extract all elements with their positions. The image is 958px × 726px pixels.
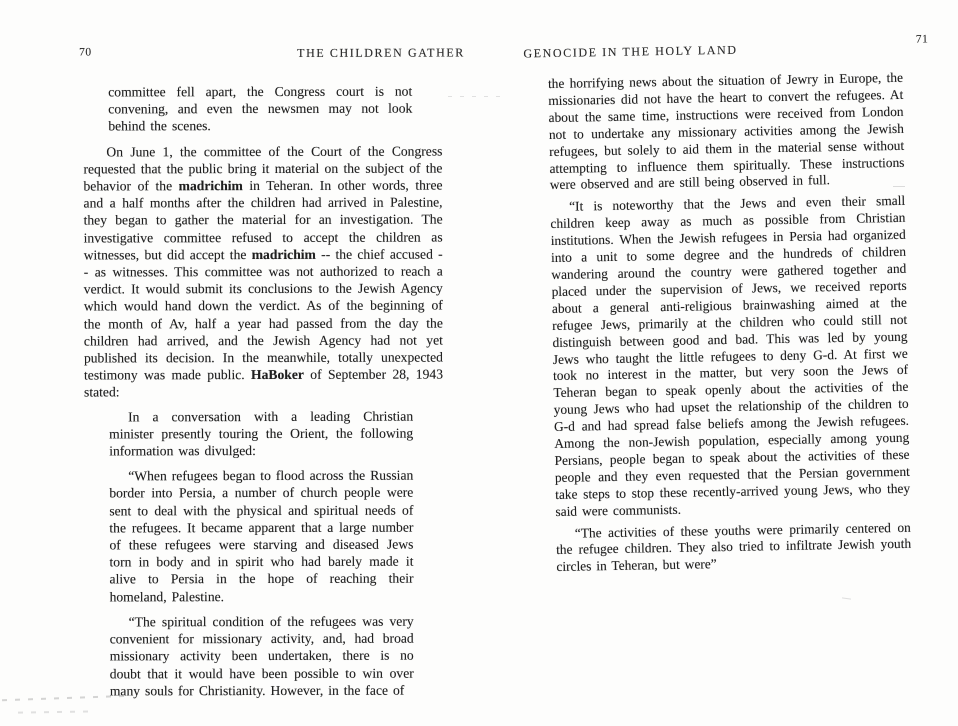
text-block: “The activities of these youths were pri… xyxy=(556,519,912,576)
text-block: “When refugees began to flood across the… xyxy=(109,467,413,605)
right-page: GENOCIDE IN THE HOLY LAND 71 the horrify… xyxy=(547,38,911,581)
text-run: the horrifying news about the situation … xyxy=(548,70,905,193)
left-page: 70 THE CHILDREN GATHER committee fell ap… xyxy=(83,46,444,708)
scan-smudge xyxy=(18,710,96,713)
text-block: the horrifying news about the situation … xyxy=(548,70,905,195)
text-run: -- the chief accused -- as witnesses. Th… xyxy=(84,246,443,382)
right-page-number: 71 xyxy=(916,33,929,45)
scan-smudge xyxy=(842,597,851,599)
emphasized-text-run: madrichim xyxy=(179,178,243,193)
right-page-body: the horrifying news about the situation … xyxy=(548,70,912,576)
scan-smudge xyxy=(893,186,905,187)
text-run: “When refugees began to flood across the… xyxy=(109,468,413,604)
text-run: “The spiritual condition of the refugees… xyxy=(110,613,414,698)
text-block: “It is noteworthy that the Jews and even… xyxy=(550,193,911,520)
scan-smudge xyxy=(448,96,508,97)
text-run: “It is noteworthy that the Jews and even… xyxy=(550,193,910,518)
text-block: “The spiritual condition of the refugees… xyxy=(110,612,414,699)
right-running-head: GENOCIDE IN THE HOLY LAND 71 xyxy=(547,38,902,60)
left-page-number: 70 xyxy=(79,46,92,58)
text-run: In a conversation with a leading Christi… xyxy=(109,408,413,458)
scan-noise-speckles xyxy=(0,0,2,2)
emphasized-text-run: HaBoker xyxy=(251,367,304,382)
text-run: committee fell apart, the Congress court… xyxy=(108,84,412,134)
right-running-header: GENOCIDE IN THE HOLY LAND xyxy=(523,43,737,62)
book-scan: 70 THE CHILDREN GATHER committee fell ap… xyxy=(0,0,958,726)
left-page-body: committee fell apart, the Congress court… xyxy=(83,83,444,700)
text-block: committee fell apart, the Congress court… xyxy=(108,83,412,135)
text-block: In a conversation with a leading Christi… xyxy=(109,407,413,459)
left-running-head: 70 THE CHILDREN GATHER xyxy=(83,46,442,63)
text-block: On June 1, the committee of the Court of… xyxy=(83,142,443,401)
text-run: “The activities of these youths were pri… xyxy=(556,519,911,574)
emphasized-text-run: madrichim xyxy=(252,247,316,262)
left-running-header: THE CHILDREN GATHER xyxy=(297,45,465,60)
